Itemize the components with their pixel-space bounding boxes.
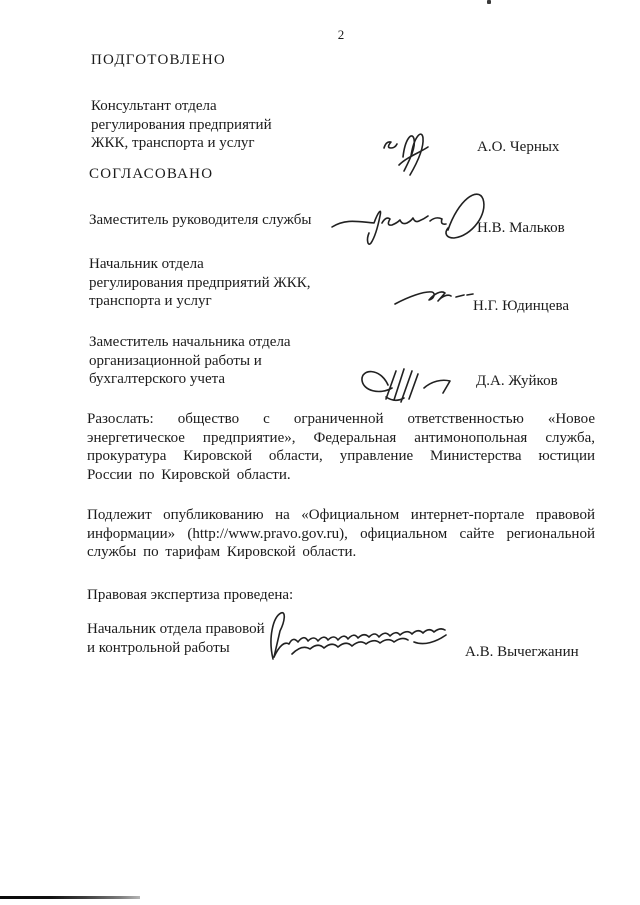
publication-paragraph: Подлежит опубликованию на «Официальном и… [87, 506, 595, 562]
prepared-heading: ПОДГОТОВЛЕНО [91, 52, 226, 69]
signatory-name-yudintseva: Н.Г. Юдинцева [473, 298, 569, 315]
signatory-name-zhuykov: Д.А. Жуйков [476, 373, 558, 390]
scan-artifact-dot [487, 0, 491, 4]
title-line: транспорта и услуг [89, 292, 311, 311]
signatory-name-chernykh: А.О. Черных [477, 139, 559, 156]
legal-review-label: Правовая экспертиза проведена: [87, 586, 293, 605]
signatory-title-malkov: Заместитель руководителя службы [89, 211, 311, 230]
title-line: и контрольной работы [87, 639, 265, 658]
title-line: Начальник отдела [89, 255, 311, 274]
signature-yudintseva [394, 286, 474, 310]
signatory-title-vychegzhanin: Начальник отдела правовой и контрольной … [87, 620, 265, 657]
signatory-name-vychegzhanin: А.В. Вычегжанин [465, 644, 579, 661]
distribution-paragraph: Разослать: общество с ограниченной ответ… [87, 410, 595, 484]
approved-heading: СОГЛАСОВАНО [89, 166, 213, 183]
signatory-title-yudintseva: Начальник отдела регулирования предприят… [89, 255, 311, 311]
signatory-name-malkov: Н.В. Мальков [477, 220, 565, 237]
title-line: Начальник отдела правовой [87, 620, 265, 639]
title-line: бухгалтерского учета [89, 370, 291, 389]
title-line: регулирования предприятий [91, 116, 272, 135]
signature-chernykh [381, 126, 435, 178]
title-line: Консультант отдела [91, 97, 272, 116]
scanned-document: { "page": { "number": "2" }, "sections":… [0, 0, 640, 905]
signatory-title-zhuykov: Заместитель начальника отдела организаци… [89, 333, 291, 389]
title-line: Заместитель руководителя службы [89, 211, 311, 230]
title-line: организационной работы и [89, 352, 291, 371]
signature-zhuykov [356, 363, 466, 405]
scan-artifact-line [0, 896, 140, 899]
title-line: ЖКК, транспорта и услуг [91, 134, 272, 153]
signatory-title-chernykh: Консультант отдела регулирования предпри… [91, 97, 272, 153]
title-line: Заместитель начальника отдела [89, 333, 291, 352]
signature-vychegzhanin [266, 610, 450, 664]
page-number: 2 [87, 27, 595, 43]
signature-malkov [330, 186, 500, 250]
title-line: регулирования предприятий ЖКК, [89, 274, 311, 293]
